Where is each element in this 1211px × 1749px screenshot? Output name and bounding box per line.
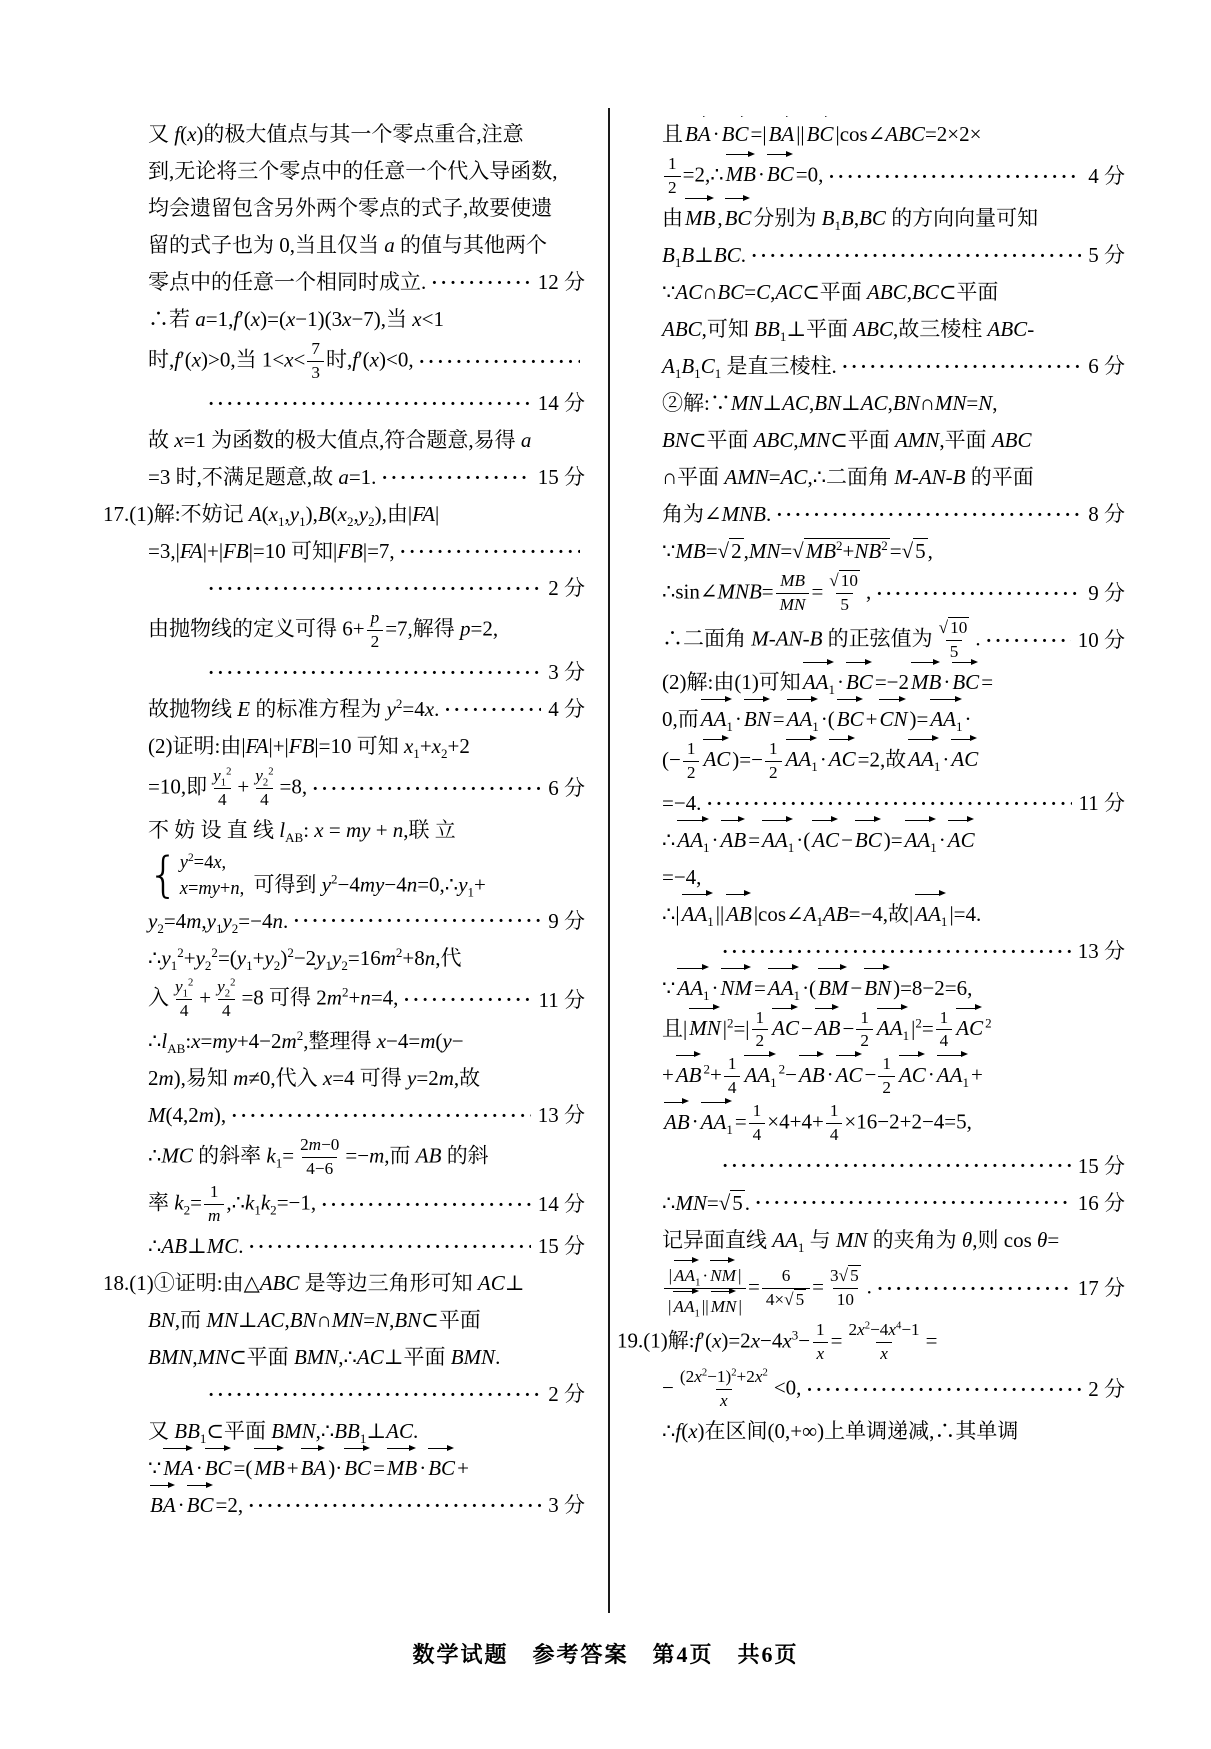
line-text: 均会遗留包含另外两个零点的式子,故要使遗 [148,195,552,221]
text-line: 3 分 [103,654,585,691]
line-text: BN⊂平面 ABC,MN⊂平面 AMN,平面 ABC [662,427,1031,453]
line-text: 角为∠MNB. [662,501,771,527]
line-text: ∴|AA1||AB|cos∠A1AB=−4,故|AA1|=4. [662,901,981,927]
line-text: |AA1·NM||AA1||MN|=64×√5=3√510. [662,1258,872,1319]
dotted-leader [249,1233,531,1260]
text-line: 故抛物线 E 的标准方程为 y2=4x.4 分 [103,691,585,728]
line-text: ②解:∵MN⊥AC,BN⊥AC,BN∩MN=N, [662,390,998,416]
text-line: 2m),易知 m≠0,代入 x=4 可得 y=2m,故 [103,1060,585,1097]
text-line: 记异面直线 AA1 与 MN 的夹角为 θ,则 cos θ= [617,1221,1125,1258]
dotted-leader [403,986,531,1013]
line-text: A1B1C1 是直三棱柱. [662,353,837,379]
line-text: 不 妨 设 直 线 lAB: x = my + n,联 立 [148,817,456,843]
page: 又 f(x)的极大值点与其一个零点重合,注意到,无论将三个零点中的任意一个代入导… [0,0,1211,1749]
line-text: ∴f(x)在区间(0,+∞)上单调递减,∴其单调 [662,1418,1018,1444]
dotted-leader [986,627,1071,654]
line-text: 12=2,∴MB·BC=0, [662,153,823,200]
text-line: 又 BB1⊂平面 BMN,∴BB1⊥AC. [103,1413,585,1450]
text-line: ∴AB⊥MC.15 分 [103,1228,585,1265]
text-line: 12=2,∴MB·BC=0,4 分 [617,153,1125,200]
line-text: 率 k2=1m,∴k1k2=−1, [148,1181,316,1228]
line-text: (2)解:由(1)可知AA1·BC=−2MB·BC= [662,669,993,695]
text-line: ∴二面角 M-AN-B 的正弦值为√105.10 分 [617,617,1125,664]
text-line: ∴f(x)在区间(0,+∞)上单调递减,∴其单调 [617,1413,1125,1450]
score-label: 2 分 [546,1381,585,1407]
text-line: M(4,2m),13 分 [103,1097,585,1134]
line-text: 18.(1)①证明:由△ABC 是等边三角形可知 AC⊥ [103,1270,525,1296]
line-text: 19.(1)解:f′(x)=2x−4x3−1x=2x2−4x4−1x= [617,1319,938,1366]
dotted-leader [231,1102,531,1129]
line-text: +AB2+14AA12−AB·AC−12AC·AA1+ [662,1053,983,1100]
text-line: =3,|FA|+|FB|=10 可知|FB|=7, [103,533,585,570]
text-line: 且BA·BC=|BA||BC|cos∠ABC=2×2× [617,116,1125,153]
line-text: AB·AA1=14×4+4+14×16−2+2−4=5, [662,1100,972,1147]
text-line: A1B1C1 是直三棱柱.6 分 [617,348,1125,385]
line-text: =10,即y124+y224=8, [148,765,307,812]
line-text: {y2=4x,x=my+n, 可得到 y2−4my−4n=0,∴y1+ [148,849,486,903]
line-text: BMN,MN⊂平面 BMN,∴AC⊥平面 BMN. [148,1344,500,1370]
score-label: 13 分 [1076,938,1125,964]
line-text: B1B⊥BC. [662,242,746,268]
text-line: (−12AC)=−12AA1·AC=2,故AA1·AC [617,738,1125,785]
line-text: 故抛物线 E 的标准方程为 y2=4x. [148,696,439,722]
dotted-leader [419,348,580,375]
text-line: 由抛物线的定义可得 6+p2=7,解得 p=2, [103,607,585,654]
score-label: 12 分 [536,269,585,295]
score-label: 4 分 [1086,163,1125,189]
line-text: =−4. [662,790,701,816]
score-label: 17 分 [1076,1275,1125,1301]
text-line: (2)证明:由|FA|+|FB|=10 可知 x1+x2+2 [103,728,585,765]
line-text: 由抛物线的定义可得 6+p2=7,解得 p=2, [148,607,498,654]
text-line: ∴lAB:x=my+4−2m2,整理得 x−4=m(y− [103,1023,585,1060]
text-line: ∴|AA1||AB|cos∠A1AB=−4,故|AA1|=4. [617,896,1125,933]
text-line: ∩平面 AMN=AC,∴二面角 M-AN-B 的平面 [617,459,1125,496]
text-line: 又 f(x)的极大值点与其一个零点重合,注意 [103,116,585,153]
score-label: 6 分 [1086,353,1125,379]
line-text: ∴y12+y22=(y1+y2)2−2y1y2=16m2+8n,代 [148,945,461,971]
text-line: 且|MN|2=|12AC−AB−12AA1|2=14AC2 [617,1007,1125,1054]
text-line: −(2x2−1)2+2x2x<0,2 分 [617,1366,1125,1413]
line-text: ∴MC 的斜率 k1=2m−04−6=−m,而 AB 的斜 [148,1134,489,1181]
text-line: ∴AA1·AB=AA1·(AC−BC)=AA1·AC [617,822,1125,859]
dotted-leader [381,464,530,491]
line-text: (−12AC)=−12AA1·AC=2,故AA1·AC [662,738,980,785]
text-line: 14 分 [103,385,585,422]
line-text: 零点中的任意一个相同时成立. [148,269,426,295]
text-line: 率 k2=1m,∴k1k2=−1,14 分 [103,1181,585,1228]
text-line: ∴若 a=1,f′(x)=(x−1)(3x−7),当 x<1 [103,301,585,338]
line-text: ∴AB⊥MC. [148,1233,244,1259]
dotted-leader [248,1492,541,1519]
text-line: ∴MN=√5.16 分 [617,1184,1125,1221]
line-text: (2)证明:由|FA|+|FB|=10 可知 x1+x2+2 [148,733,470,759]
score-label: 15 分 [1076,1153,1125,1179]
line-text: 由MB,BC分别为 B1B,BC 的方向向量可知 [662,205,1038,231]
dotted-leader [312,775,541,802]
score-label: 2 分 [546,575,585,601]
dotted-leader [755,1189,1071,1216]
text-line: 均会遗留包含另外两个零点的式子,故要使遗 [103,190,585,227]
text-line: 入y124+y224=8 可得 2m2+n=4,11 分 [103,976,585,1023]
left-column: 又 f(x)的极大值点与其一个零点重合,注意到,无论将三个零点中的任意一个代入导… [103,116,585,1524]
text-line: 零点中的任意一个相同时成立.12 分 [103,264,585,301]
score-label: 11 分 [1077,790,1125,816]
line-text: 又 BB1⊂平面 BMN,∴BB1⊥AC. [148,1418,418,1444]
text-line: ∵AC∩BC=C,AC⊂平面 ABC,BC⊂平面 [617,274,1125,311]
line-text: ∴AA1·AB=AA1·(AC−BC)=AA1·AC [662,827,977,853]
score-label: 15 分 [536,1233,585,1259]
line-text: 故 x=1 为函数的极大值点,符合题意,易得 a [148,427,531,453]
line-text: =−4, [662,864,701,890]
line-text: ABC,可知 BB1⊥平面 ABC,故三棱柱 ABC- [662,316,1034,342]
line-text: 又 f(x)的极大值点与其一个零点重合,注意 [148,121,524,147]
dotted-leader [444,696,541,723]
dotted-leader [208,390,531,417]
line-text: ∵MB=√2,MN=√MB2+NB2=√5, [662,538,933,564]
dotted-leader [776,501,1081,528]
text-line: 不 妨 设 直 线 lAB: x = my + n,联 立 [103,812,585,849]
line-text: M(4,2m), [148,1102,226,1128]
text-line: 17.(1)解:不妨记 A(x1,y1),B(x2,y2),由|FA| [103,496,585,533]
score-label: 5 分 [1086,242,1125,268]
text-line: 到,无论将三个零点中的任意一个代入导函数, [103,153,585,190]
score-label: 3 分 [546,1492,585,1518]
dotted-leader [400,538,580,565]
right-column: 且BA·BC=|BA||BC|cos∠ABC=2×2×12=2,∴MB·BC=0… [617,116,1125,1450]
line-text: BA·BC=2, [148,1492,243,1518]
text-line: B1B⊥BC.5 分 [617,237,1125,274]
text-line: BN⊂平面 ABC,MN⊂平面 AMN,平面 ABC [617,422,1125,459]
text-line: +AB2+14AA12−AB·AC−12AC·AA1+ [617,1053,1125,1100]
text-line: AB·AA1=14×4+4+14×16−2+2−4=5, [617,1100,1125,1147]
text-line: 时,f′(x)>0,当 1<x<73时,f′(x)<0, [103,338,585,385]
text-line: ∵AA1·NM=AA1·(BM−BN)=8−2=6, [617,970,1125,1007]
score-label: 6 分 [546,775,585,801]
dotted-leader [208,575,541,602]
line-text: 2m),易知 m≠0,代入 x=4 可得 y=2m,故 [148,1065,480,1091]
score-label: 14 分 [536,1191,585,1217]
dotted-leader [806,1376,1081,1403]
line-text: ∴lAB:x=my+4−2m2,整理得 x−4=m(y− [148,1028,464,1054]
score-label: 4 分 [546,696,585,722]
line-text: ∩平面 AMN=AC,∴二面角 M-AN-B 的平面 [662,464,1034,490]
line-text: =3,|FA|+|FB|=10 可知|FB|=7, [148,538,395,564]
dotted-leader [722,938,1071,965]
text-line: 2 分 [103,570,585,607]
text-line: ②解:∵MN⊥AC,BN⊥AC,BN∩MN=N, [617,385,1125,422]
text-line: 故 x=1 为函数的极大值点,符合题意,易得 a [103,422,585,459]
text-line: =−4, [617,859,1125,896]
dotted-leader [842,353,1082,380]
line-text: 17.(1)解:不妨记 A(x1,y1),B(x2,y2),由|FA| [103,501,439,527]
score-label: 3 分 [546,659,585,685]
text-line: =3 时,不满足题意,故 a=1.15 分 [103,459,585,496]
line-text: 时,f′(x)>0,当 1<x<73时,f′(x)<0, [148,338,414,385]
text-line: 留的式子也为 0,当且仅当 a 的值与其他两个 [103,227,585,264]
dotted-leader [431,269,531,296]
dotted-leader [877,1275,1071,1302]
score-label: 9 分 [1086,580,1125,606]
line-text: ∵MA·BC=(MB+BA)·BC=MB·BC+ [148,1455,469,1481]
text-line: 由MB,BC分别为 B1B,BC 的方向向量可知 [617,200,1125,237]
text-line: ∴y12+y22=(y1+y2)2−2y1y2=16m2+8n,代 [103,939,585,976]
text-line: ∴MC 的斜率 k1=2m−04−6=−m,而 AB 的斜 [103,1134,585,1181]
text-line: =10,即y124+y224=8,6 分 [103,765,585,812]
dotted-leader [828,163,1081,190]
line-text: ∵AA1·NM=AA1·(BM−BN)=8−2=6, [662,975,972,1001]
text-line: ∴sin∠MNB=MBMN=√105,9 分 [617,570,1125,617]
text-line: 0,而AA1·BN=AA1·(BC+CN)=AA1· [617,701,1125,738]
score-label: 9 分 [546,908,585,934]
score-label: 15 分 [536,464,585,490]
line-text: BN,而 MN⊥AC,BN∩MN=N,BN⊂平面 [148,1307,481,1333]
dotted-leader [722,1152,1071,1179]
text-line: 13 分 [617,933,1125,970]
text-line: |AA1·NM||AA1||MN|=64×√5=3√510.17 分 [617,1258,1125,1319]
dotted-leader [208,1381,541,1408]
line-text: 0,而AA1·BN=AA1·(BC+CN)=AA1· [662,706,972,732]
text-line: (2)解:由(1)可知AA1·BC=−2MB·BC= [617,664,1125,701]
line-text: ∴MN=√5. [662,1190,750,1216]
text-line: =−4.11 分 [617,785,1125,822]
text-line: 角为∠MNB.8 分 [617,496,1125,533]
text-line: {y2=4x,x=my+n, 可得到 y2−4my−4n=0,∴y1+ [103,849,585,903]
dotted-leader [293,907,541,934]
dotted-leader [751,242,1081,269]
line-text: 留的式子也为 0,当且仅当 a 的值与其他两个 [148,232,547,258]
score-label: 14 分 [536,390,585,416]
score-label: 13 分 [536,1102,585,1128]
line-text: =3 时,不满足题意,故 a=1. [148,464,376,490]
text-line: BA·BC=2,3 分 [103,1487,585,1524]
text-line: BMN,MN⊂平面 BMN,∴AC⊥平面 BMN. [103,1339,585,1376]
page-footer: 数学试题 参考答案 第4页 共6页 [0,1638,1211,1669]
line-text: 记异面直线 AA1 与 MN 的夹角为 θ,则 cos θ= [662,1227,1059,1253]
score-label: 2 分 [1086,1376,1125,1402]
text-line: ABC,可知 BB1⊥平面 ABC,故三棱柱 ABC- [617,311,1125,348]
text-line: BN,而 MN⊥AC,BN∩MN=N,BN⊂平面 [103,1302,585,1339]
column-divider [608,108,610,1613]
dotted-leader [321,1191,531,1218]
dotted-leader [208,659,541,686]
score-label: 11 分 [537,987,585,1013]
score-label: 10 分 [1076,627,1125,653]
text-line: 2 分 [103,1376,585,1413]
line-text: −(2x2−1)2+2x2x<0, [662,1366,801,1413]
text-line: ∵MB=√2,MN=√MB2+NB2=√5, [617,533,1125,570]
line-text: ∴sin∠MNB=MBMN=√105, [662,570,871,617]
line-text: ∴二面角 M-AN-B 的正弦值为√105. [662,617,981,664]
score-label: 16 分 [1076,1190,1125,1216]
line-text: 且BA·BC=|BA||BC|cos∠ABC=2×2× [662,121,981,147]
text-line: 15 分 [617,1147,1125,1184]
line-text: 入y124+y224=8 可得 2m2+n=4, [148,976,398,1023]
text-line: 18.(1)①证明:由△ABC 是等边三角形可知 AC⊥ [103,1265,585,1302]
line-text: y2=4m,y1y2=−4n. [148,908,288,934]
line-text: 到,无论将三个零点中的任意一个代入导函数, [148,158,558,184]
line-text: ∵AC∩BC=C,AC⊂平面 ABC,BC⊂平面 [662,279,998,305]
dotted-leader [706,790,1071,817]
text-line: y2=4m,y1y2=−4n.9 分 [103,902,585,939]
text-line: 19.(1)解:f′(x)=2x−4x3−1x=2x2−4x4−1x= [617,1319,1125,1366]
dotted-leader [876,580,1081,607]
score-label: 8 分 [1086,501,1125,527]
line-text: 且|MN|2=|12AC−AB−12AA1|2=14AC2 [662,1007,992,1054]
line-text: ∴若 a=1,f′(x)=(x−1)(3x−7),当 x<1 [148,306,444,332]
